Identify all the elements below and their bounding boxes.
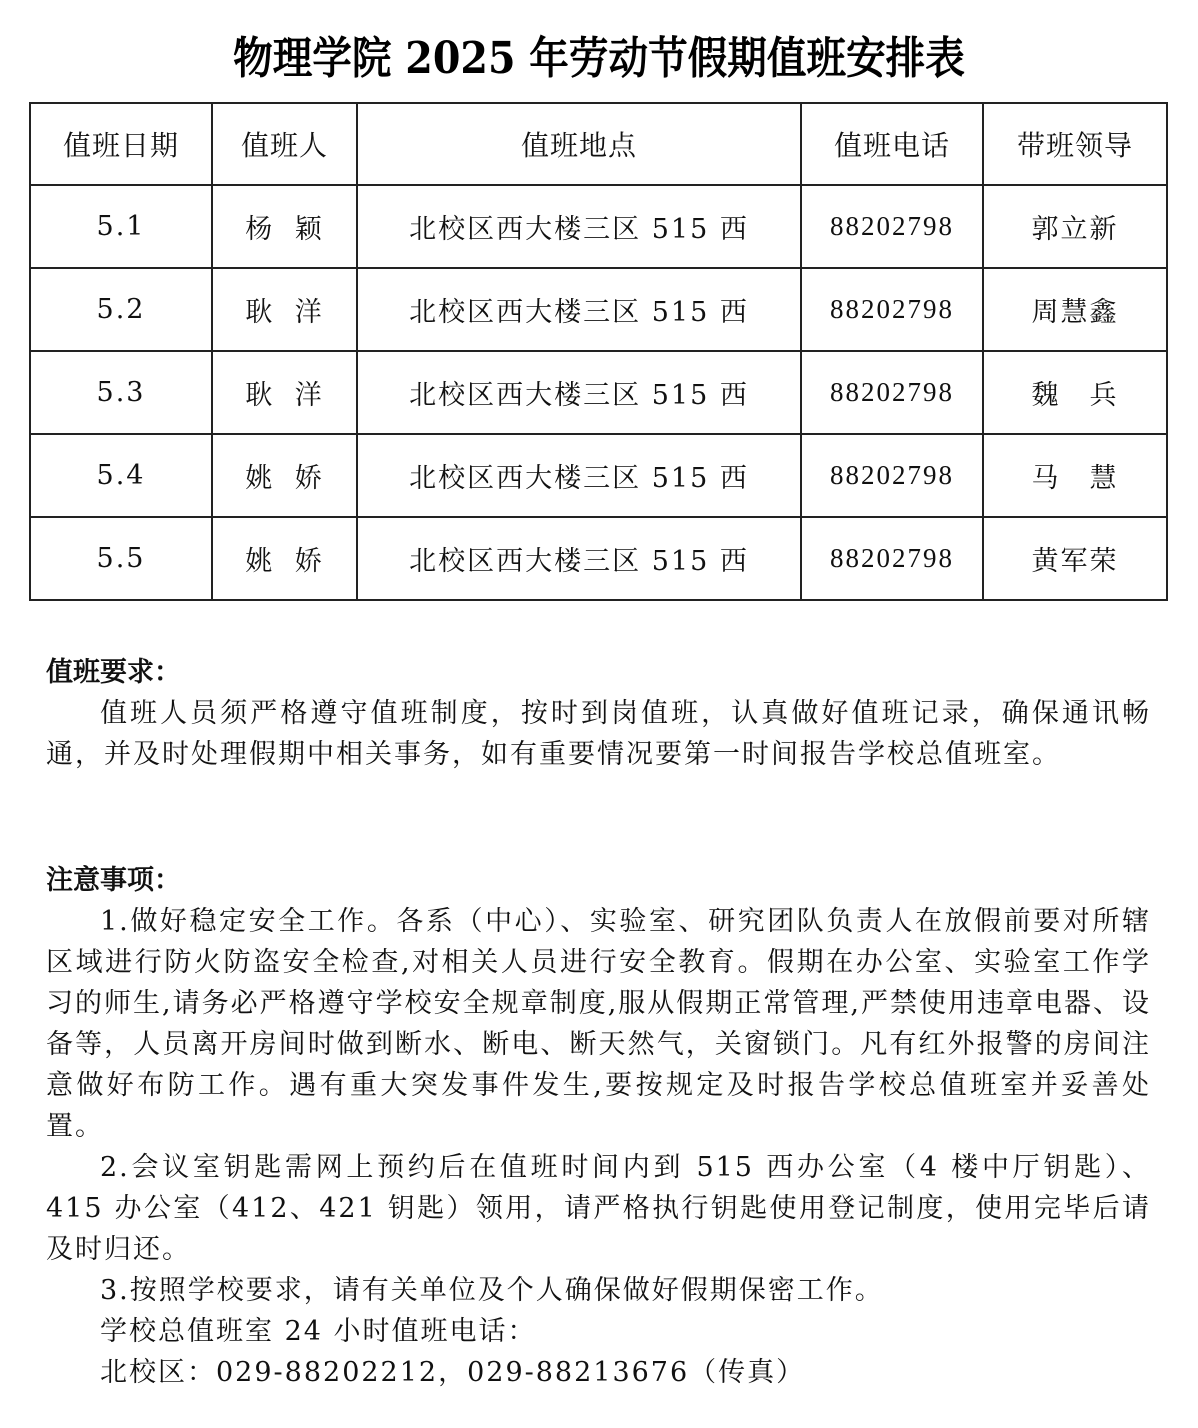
cell-person: 姚 娇: [212, 517, 357, 600]
cell-person: 姚 娇: [212, 434, 357, 517]
notes-section: 注意事项： 1.做好稳定安全工作。各系（中心）、实验室、研究团队负责人在放假前要…: [46, 860, 1151, 1393]
header-location: 值班地点: [357, 103, 801, 185]
table-row: 5.2 耿 洋 北校区西大楼三区 515 西 88202798 周慧鑫: [30, 268, 1167, 351]
requirements-heading: 值班要求：: [46, 652, 1151, 693]
header-leader: 带班领导: [983, 103, 1167, 185]
cell-date: 5.5: [30, 517, 212, 600]
cell-date: 5.3: [30, 351, 212, 434]
table-row: 5.4 姚 娇 北校区西大楼三区 515 西 88202798 马 慧: [30, 434, 1167, 517]
cell-phone: 88202798: [801, 351, 983, 434]
header-date: 值班日期: [30, 103, 212, 185]
cell-leader: 周慧鑫: [983, 268, 1167, 351]
cell-location: 北校区西大楼三区 515 西: [357, 434, 801, 517]
table-header-row: 值班日期 值班人 值班地点 值班电话 带班领导: [30, 103, 1167, 185]
cell-leader: 魏 兵: [983, 351, 1167, 434]
cell-person: 耿 洋: [212, 268, 357, 351]
duty-schedule-table: 值班日期 值班人 值班地点 值班电话 带班领导 5.1 杨 颖 北校区西大楼三区…: [29, 102, 1168, 601]
requirements-text: 值班人员须严格遵守值班制度，按时到岗值班，认真做好值班记录，确保通讯畅通，并及时…: [46, 693, 1151, 775]
cell-phone: 88202798: [801, 268, 983, 351]
note-item-1: 1.做好稳定安全工作。各系（中心）、实验室、研究团队负责人在放假前要对所辖区域进…: [46, 901, 1151, 1147]
note-item-3: 3.按照学校要求，请有关单位及个人确保做好假期保密工作。: [46, 1270, 1151, 1311]
table-row: 5.1 杨 颖 北校区西大楼三区 515 西 88202798 郭立新: [30, 185, 1167, 268]
cell-location: 北校区西大楼三区 515 西: [357, 185, 801, 268]
cell-phone: 88202798: [801, 185, 983, 268]
header-person: 值班人: [212, 103, 357, 185]
cell-leader: 黄军荣: [983, 517, 1167, 600]
cell-leader: 郭立新: [983, 185, 1167, 268]
cell-person: 杨 颖: [212, 185, 357, 268]
notes-heading: 注意事项：: [46, 860, 1151, 901]
cell-phone: 88202798: [801, 434, 983, 517]
cell-location: 北校区西大楼三区 515 西: [357, 351, 801, 434]
note-item-2: 2.会议室钥匙需网上预约后在值班时间内到 515 西办公室（4 楼中厅钥匙）、4…: [46, 1147, 1151, 1270]
requirements-section: 值班要求： 值班人员须严格遵守值班制度，按时到岗值班，认真做好值班记录，确保通讯…: [46, 652, 1151, 775]
cell-leader: 马 慧: [983, 434, 1167, 517]
document-title: 物理学院 2025 年劳动节假期值班安排表: [60, 22, 1138, 86]
cell-date: 5.1: [30, 185, 212, 268]
cell-date: 5.2: [30, 268, 212, 351]
cell-location: 北校区西大楼三区 515 西: [357, 517, 801, 600]
cell-phone: 88202798: [801, 517, 983, 600]
table-row: 5.5 姚 娇 北校区西大楼三区 515 西 88202798 黄军荣: [30, 517, 1167, 600]
table-row: 5.3 耿 洋 北校区西大楼三区 515 西 88202798 魏 兵: [30, 351, 1167, 434]
cell-person: 耿 洋: [212, 351, 357, 434]
hotline-numbers: 北校区：029-88202212，029-88213676（传真）: [46, 1352, 1151, 1393]
hotline-label: 学校总值班室 24 小时值班电话：: [46, 1311, 1151, 1352]
header-phone: 值班电话: [801, 103, 983, 185]
cell-date: 5.4: [30, 434, 212, 517]
cell-location: 北校区西大楼三区 515 西: [357, 268, 801, 351]
